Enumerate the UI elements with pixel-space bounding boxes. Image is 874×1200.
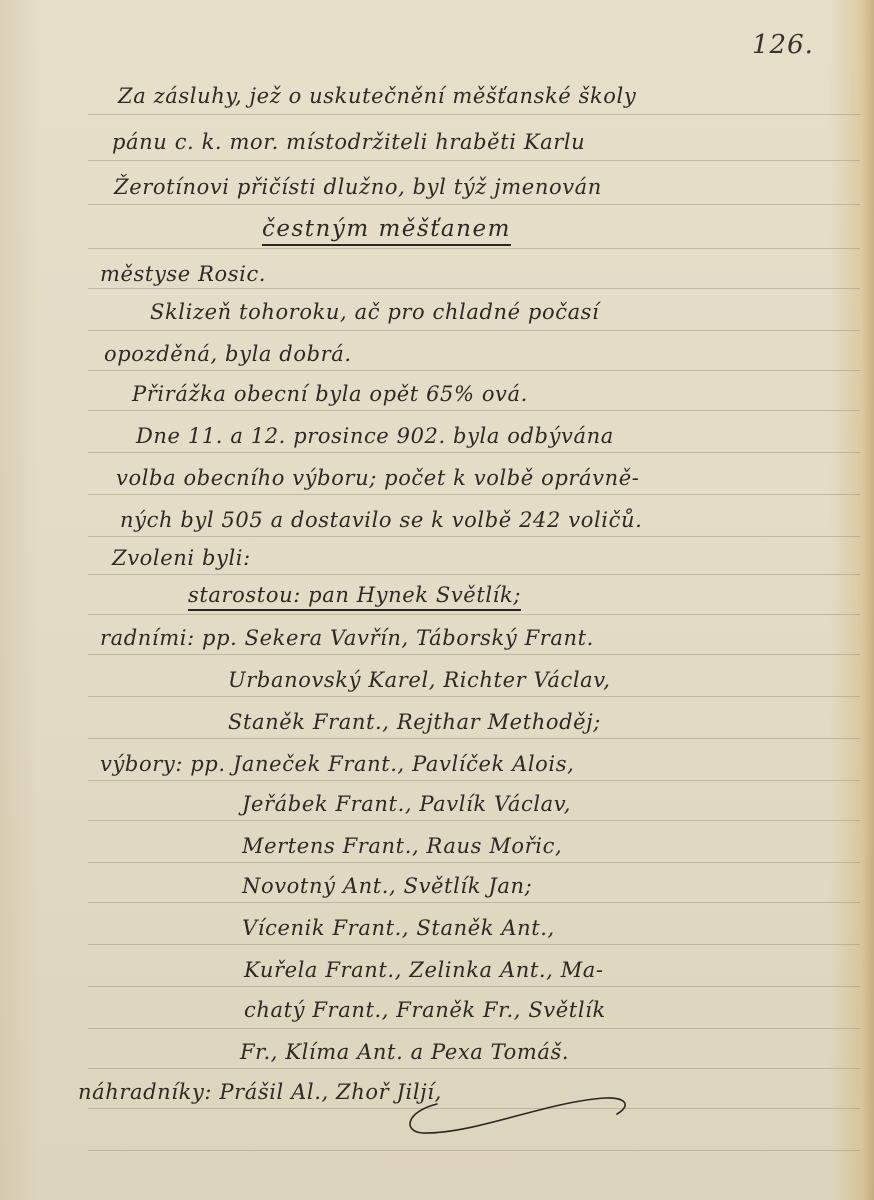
ruled-line (88, 902, 860, 903)
text-line: výbory: pp. Janeček Frant., Pavlíček Alo… (100, 752, 574, 776)
text-line: Žerotínovi přičísti dlužno, byl týž jmen… (114, 175, 602, 199)
ruled-line (88, 452, 860, 453)
ruled-line (88, 862, 860, 863)
page-number: 126. (752, 30, 814, 60)
text-line: pánu c. k. mor. místodržiteli hraběti Ka… (112, 130, 585, 154)
text-line: opozděná, byla dobrá. (104, 342, 352, 366)
ruled-line (88, 654, 860, 655)
ruled-line (88, 1150, 860, 1151)
ruled-line (88, 204, 860, 205)
ruled-line (88, 248, 860, 249)
ruled-line (88, 696, 860, 697)
text-line: Mertens Frant., Raus Mořic, (242, 834, 562, 858)
ruled-line (88, 536, 860, 537)
text-line: městyse Rosic. (100, 262, 266, 286)
text-line: Sklizeň tohoroku, ač pro chladné počasí (150, 300, 599, 324)
text-line: Přirážka obecní byla opět 65% ová. (132, 382, 528, 406)
ruled-line (88, 614, 860, 615)
text-line: Dne 11. a 12. prosince 902. byla odbýván… (136, 424, 614, 448)
ruled-line (88, 1068, 860, 1069)
ruled-line (88, 160, 860, 161)
ruled-line (88, 494, 860, 495)
text-line: Urbanovský Karel, Richter Václav, (228, 668, 611, 692)
text-line: ných byl 505 a dostavilo se k volbě 242 … (120, 508, 642, 532)
text-line: Fr., Klíma Ant. a Pexa Tomáš. (240, 1040, 569, 1064)
text-line: Vícenik Frant., Staněk Ant., (242, 916, 555, 940)
text-line: náhradníky: Prášil Al., Zhoř Jiljí, (78, 1080, 442, 1104)
text-line: Novotný Ant., Světlík Jan; (242, 874, 532, 898)
ruled-line (88, 944, 860, 945)
text-line: Staněk Frant., Rejthar Methoděj; (228, 710, 601, 734)
ruled-line (88, 780, 860, 781)
ruled-line (88, 738, 860, 739)
text-line: Zvoleni byli: (112, 546, 251, 570)
ruled-line (88, 1028, 860, 1029)
text-line: radními: pp. Sekera Vavřín, Táborský Fra… (100, 626, 594, 650)
flourish-icon (395, 1096, 655, 1146)
ruled-line (88, 370, 860, 371)
ruled-line (88, 820, 860, 821)
mayor-line: starostou: pan Hynek Světlík; (188, 583, 521, 611)
ruled-line (88, 330, 860, 331)
text-line: Kuřela Frant., Zelinka Ant., Ma- (244, 958, 604, 982)
ruled-line (88, 410, 860, 411)
ledger-page: 126. Za zásluhy, jež o uskutečnění měšťa… (0, 0, 874, 1200)
ruled-line (88, 574, 860, 575)
text-line: volba obecního výboru; počet k volbě opr… (116, 466, 639, 490)
ruled-line (88, 288, 860, 289)
honorary-citizen-heading: čestným měšťanem (262, 216, 511, 246)
text-line: Za zásluhy, jež o uskutečnění měšťanské … (118, 84, 636, 108)
text-line: Jeřábek Frant., Pavlík Václav, (242, 792, 571, 816)
text-line: chatý Frant., Franěk Fr., Světlík (244, 998, 606, 1022)
ruled-line (88, 986, 860, 987)
ruled-line (88, 114, 860, 115)
